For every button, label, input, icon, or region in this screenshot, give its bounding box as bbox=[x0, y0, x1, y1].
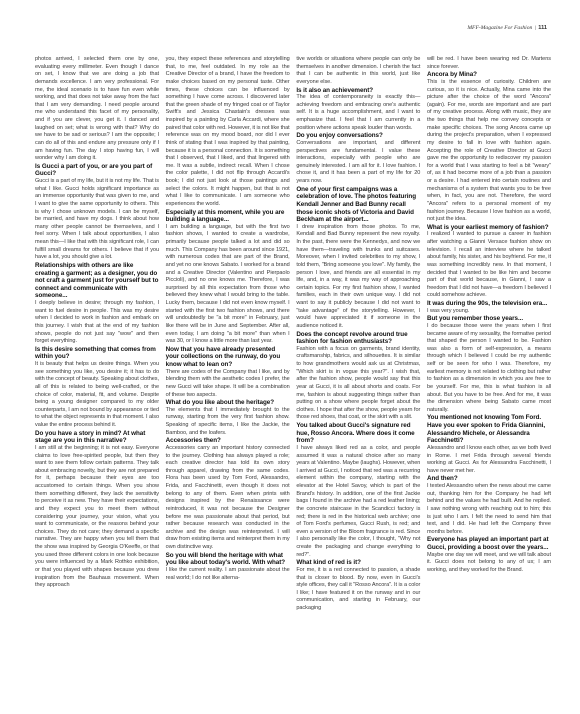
interview-answer: I am building a language, but with the f… bbox=[166, 224, 290, 346]
interview-answer: Fashion with a focus on garments, brand … bbox=[296, 346, 420, 422]
interview-answer: Gucci is a part of my life, but it is no… bbox=[35, 178, 159, 262]
interview-answer: I texted Alessandro when the news about … bbox=[427, 483, 551, 536]
interview-question: And then? bbox=[427, 475, 551, 483]
interview-question: Especially at this moment, while you are… bbox=[166, 209, 290, 224]
interview-answer: photos arrived, I selected them one by o… bbox=[35, 56, 159, 163]
column-1: photos arrived, I selected them one by o… bbox=[35, 56, 159, 656]
interview-question: What is your earliest memory of fashion? bbox=[427, 224, 551, 232]
interview-question: It was during the 90s, the television er… bbox=[427, 300, 551, 308]
interview-question: Does the concept revolve around true fas… bbox=[296, 331, 420, 346]
interview-question: Is this desire something that comes from… bbox=[35, 346, 159, 361]
interview-question: But you remember those years... bbox=[427, 315, 551, 323]
interview-answer: Alessandro and I know each other, as we … bbox=[427, 445, 551, 476]
header-separator: | bbox=[535, 25, 536, 31]
interview-answer: The idea of contemporaneity is exactly t… bbox=[296, 94, 420, 132]
interview-question: You mentioned not knowing Tom Ford. Have… bbox=[427, 414, 551, 445]
interview-question: Do you enjoy conversations? bbox=[296, 132, 420, 140]
article-body: photos arrived, I selected them one by o… bbox=[35, 56, 551, 656]
interview-answer: There are codes of the Company that I li… bbox=[166, 369, 290, 400]
interview-question: Is Gucci a part of you, or are you part … bbox=[35, 163, 159, 178]
interview-answer: This is the essence of curiosity. Childr… bbox=[427, 79, 551, 224]
running-head: MFF-Magazine For Fashion | 111 bbox=[467, 25, 547, 31]
interview-answer: I do because those were the years when I… bbox=[427, 323, 551, 415]
interview-answer: The elements that I immediately brought … bbox=[166, 407, 290, 438]
interview-question: What do you like about the heritage? bbox=[166, 399, 290, 407]
page-number: 111 bbox=[538, 25, 547, 31]
interview-answer: Maybe one day we will meet, and we will … bbox=[427, 552, 551, 575]
interview-question: Ancora by Mina? bbox=[427, 71, 551, 79]
interview-answer: I drew inspiration from those photos. To… bbox=[296, 224, 420, 331]
column-4: will be red. I have been wearing red Dr.… bbox=[427, 56, 551, 656]
interview-question: What kind of red is it? bbox=[296, 559, 420, 567]
interview-question: So you will blend the heritage with what… bbox=[166, 552, 290, 567]
interview-answer: I realized I wanted to pursue a career i… bbox=[427, 231, 551, 300]
interview-answer: will be red. I have been wearing red Dr.… bbox=[427, 56, 551, 71]
interview-answer: Conversations are important, and differe… bbox=[296, 140, 420, 186]
interview-question: Accessories then? bbox=[166, 437, 290, 445]
column-2: you, they expect these references and st… bbox=[166, 56, 290, 656]
interview-answer: It is beauty that helps us desire things… bbox=[35, 361, 159, 430]
interview-answer: I was very young. bbox=[427, 308, 551, 316]
interview-answer: I like the current reality. I am passion… bbox=[166, 567, 290, 582]
interview-question: Relationships with others are like creat… bbox=[35, 262, 159, 300]
publication-name: MFF-Magazine For Fashion bbox=[467, 25, 532, 31]
interview-answer: I deeply believe in desire; through my f… bbox=[35, 300, 159, 346]
interview-answer: I am still at the beginning; it is not e… bbox=[35, 445, 159, 590]
interview-question: You talked about Gucci's signature red h… bbox=[296, 422, 420, 445]
interview-answer: Accessories carry an important history c… bbox=[166, 445, 290, 552]
interview-answer: I have always liked red as a color, and … bbox=[296, 445, 420, 559]
interview-question: Is it also an achievement? bbox=[296, 87, 420, 95]
interview-answer: you, they expect these references and st… bbox=[166, 56, 290, 209]
interview-answer: For me, it is a red connected to passion… bbox=[296, 567, 420, 613]
interview-question: One of your first campaigns was a celebr… bbox=[296, 186, 420, 224]
interview-question: Do you have a story in mind? At what sta… bbox=[35, 430, 159, 445]
interview-question: Everyone has played an important part at… bbox=[427, 536, 551, 551]
interview-answer: tive worlds or situations where people c… bbox=[296, 56, 420, 87]
column-3: tive worlds or situations where people c… bbox=[296, 56, 420, 656]
interview-question: Now that you have already presented your… bbox=[166, 346, 290, 369]
